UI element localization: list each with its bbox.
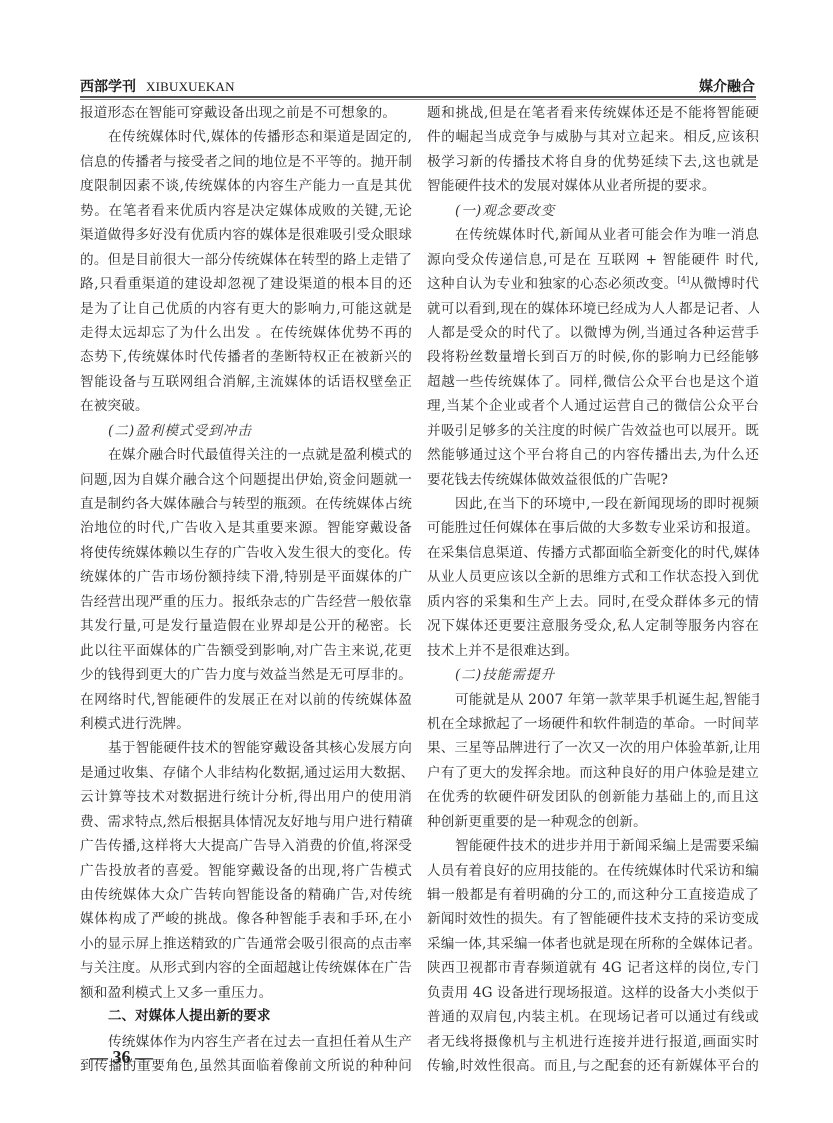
paragraph-first-line: 在媒介融合时代最值得关注的一点就是盈利模式的	[80, 443, 412, 467]
paragraph-first-line: 因此,在当下的环境中,一段在新闻现场的即时视频	[427, 492, 759, 516]
body-text-line: 极学习新的传播技术将自身的优势延续下去,这也就是	[427, 150, 759, 174]
paragraph-last-line: 种创新更重要的是一种观念的创新。	[427, 810, 759, 834]
body-text-line: 的。但是目前很大一部分传统媒体在转型的路上走错了	[80, 248, 412, 272]
body-text-line: 治地位的时代,广告收入是其重要来源。智能穿戴设备	[80, 516, 412, 540]
page-number: — 36 —	[90, 1047, 153, 1068]
body-text-line: 超越一些传统媒体了。同样,微信公众平台也是这个道	[427, 370, 759, 394]
paragraph-last-line: 要花钱去传统媒体做效益很低的广告呢?	[427, 468, 759, 492]
journal-name-cn: 西部学刊	[80, 79, 136, 95]
body-text-line: 件的崛起当成竞争与威胁与其对立起来。相反,应该积	[427, 125, 759, 149]
body-text-line: 是为了让自己优质的内容有更大的影响力,可能这就是	[80, 297, 412, 321]
body-text-line: 理,当某个企业或者个人通过运营自己的微信公众平台	[427, 394, 759, 418]
body-text-line: 负责用 4G 设备进行现场报道。这样的设备大小类似于	[427, 981, 759, 1005]
body-text-line: 将使传统媒体赖以生存的广告收入发生很大的变化。传	[80, 541, 412, 565]
body-text-line: 度限制因素不谈,传统媒体的内容生产能力一直是其优	[80, 174, 412, 198]
body-text-line: 题和挑战,但是在笔者看来传统媒体还是不能将智能硬	[427, 101, 759, 125]
body-text-line: 在采集信息渠道、传播方式都面临全新变化的时代,媒体	[427, 541, 759, 565]
body-text-line: 态势下,传统媒体时代传播者的垄断特权正在被新兴的	[80, 345, 412, 369]
body-text-line: 少的钱得到更大的广告力度与效益当然是无可厚非的。	[80, 663, 412, 687]
body-text-line: 在网络时代,智能硬件的发展正在对以前的传统媒体盈	[80, 688, 412, 712]
body-text-line: 户有了更大的发挥余地。而这种良好的用户体验是建立	[427, 761, 759, 785]
header-rule	[80, 96, 756, 98]
body-text-line: 云计算等技术对数据进行统计分析,得出用户的使用消	[80, 785, 412, 809]
body-text-line: 这种自认为专业和独家的心态必须改变。[4]从微博时代	[427, 272, 759, 296]
paragraph-last-line: 额和盈利模式上又多一重压力。	[80, 981, 412, 1005]
subsection-heading: (二)盈利模式受到冲击	[80, 419, 412, 443]
header-rule-thin	[80, 99, 756, 100]
body-text-line: 智能设备与互联网组合消解,主流媒体的话语权壁垒正	[80, 370, 412, 394]
body-text-line: 就可以看到,现在的媒体环境已经成为人人都是记者、人	[427, 297, 759, 321]
body-text-line: 人员有着良好的应用技能的。在传统媒体时代采访和编	[427, 859, 759, 883]
body-text-line: 采编一体,其采编一体者也就是现在所称的全媒体记者。	[427, 932, 759, 956]
body-text-line: 质内容的采集和生产上去。同时,在受众群体多元的情	[427, 590, 759, 614]
body-text-line: 然能够通过这个平台将自己的内容传播出去,为什么还	[427, 443, 759, 467]
subsection-heading: (一)观念要改变	[427, 199, 759, 223]
right-column: 题和挑战,但是在笔者看来传统媒体还是不能将智能硬件的崛起当成竞争与威胁与其对立起…	[427, 101, 759, 1079]
paragraph-last-line: 利模式进行洗牌。	[80, 712, 412, 736]
paragraph-last-line: 在被突破。	[80, 394, 412, 418]
body-text-line: 走得太远却忘了为什么出发 。在传统媒体优势不再的	[80, 321, 412, 345]
paragraph-last-line: 报道形态在智能可穿戴设备出现之前是不可想象的。	[80, 101, 412, 125]
body-text-line: 告经营出现严重的压力。报纸杂志的广告经营一般依靠	[80, 590, 412, 614]
body-text-line: 果、三星等品牌进行了一次又一次的用户体验革新,让用	[427, 736, 759, 760]
body-text-line: 源向受众传递信息,可是在 互联网 + 智能硬件 时代,	[427, 248, 759, 272]
body-text-line: 普通的双肩包,内装主机。在现场记者可以通过有线或	[427, 1005, 759, 1029]
body-text-line: 媒体构成了严峻的挑战。像各种智能手表和手环,在小	[80, 907, 412, 931]
body-text-line: 直是制约各大媒体融合与转型的瓶颈。在传统媒体占统	[80, 492, 412, 516]
body-text-line: 新闻时效性的损失。有了智能硬件技术支持的采访变成	[427, 907, 759, 931]
section-title: 媒介融合	[699, 76, 755, 96]
body-text-line: 机在全球掀起了一场硬件和软件制造的革命。一时间苹	[427, 712, 759, 736]
body-text-line: 并吸引足够多的关注度的时候广告效益也可以展开。既	[427, 419, 759, 443]
body-text-line: 况下媒体还更要注意服务受众,私人定制等服务内容在	[427, 614, 759, 638]
body-text-line: 可能胜过任何媒体在事后做的大多数专业采访和报道。	[427, 516, 759, 540]
body-text-line: 辑一般都是有着明确的分工的,而这种分工直接造成了	[427, 883, 759, 907]
paragraph-first-line: 智能硬件技术的进步并用于新闻采编上是需要采编	[427, 834, 759, 858]
paragraph-first-line: 基于智能硬件技术的智能穿戴设备其核心发展方向	[80, 736, 412, 760]
body-text-line: 段将粉丝数量增长到百万的时候,你的影响力已经能够	[427, 345, 759, 369]
subsection-heading: (二)技能需提升	[427, 663, 759, 687]
body-text-line: 路,只看重渠道的建设却忽视了建设渠道的根本目的还	[80, 272, 412, 296]
journal-name: 西部学刊XIBUXUEKAN	[80, 76, 235, 96]
body-text-line: 广告传播,这样将大大提高广告导入消费的价值,将深受	[80, 834, 412, 858]
body-text-line: 信息的传播者与接受者之间的地位是不平等的。抛开制	[80, 150, 412, 174]
body-text-line: 人都是受众的时代了。以微博为例,当通过各种运营手	[427, 321, 759, 345]
text-segment: 从微博时代	[689, 276, 759, 292]
body-text-line: 从业人员更应该以全新的思维方式和工作状态投入到优	[427, 565, 759, 589]
paragraph-first-line: 可能就是从 2007 年第一款苹果手机诞生起,智能手	[427, 688, 759, 712]
paragraph-last-line: 技术上并不是很难达到。	[427, 639, 759, 663]
running-header: 西部学刊XIBUXUEKAN 媒介融合	[80, 76, 755, 94]
body-text-line: 此以往平面媒体的广告额受到影响,对广告主来说,花更	[80, 639, 412, 663]
body-text-line: 在优秀的软硬件研发团队的创新能力基础上的,而且这	[427, 785, 759, 809]
body-text-line: 与关注度。从形式到内容的全面超越让传统媒体在广告	[80, 956, 412, 980]
paragraph-first-line: 在传统媒体时代,媒体的传播形态和渠道是固定的,	[80, 125, 412, 149]
body-text-line: 陕西卫视都市青春频道就有 4G 记者这样的岗位,专门	[427, 956, 759, 980]
body-text-line: 者无线将摄像机与主机进行连接并进行报道,画面实时	[427, 1030, 759, 1054]
body-text-line: 广告投放者的喜爱。智能穿戴设备的出现,将广告模式	[80, 859, 412, 883]
body-text-line: 问题,因为自媒介融合这个问题提出伊始,资金问题就一	[80, 468, 412, 492]
paragraph-last-line: 智能硬件技术的发展对媒体从业者所提的要求。	[427, 174, 759, 198]
body-text-line: 费、需求特点,然后根据具体情况友好地与用户进行精确	[80, 810, 412, 834]
journal-name-latin: XIBUXUEKAN	[146, 79, 235, 94]
body-text-line: 统媒体的广告市场份额持续下滑,特别是平面媒体的广	[80, 565, 412, 589]
body-text-line: 是通过收集、存储个人非结构化数据,通过运用大数据、	[80, 761, 412, 785]
left-column: 报道形态在智能可穿戴设备出现之前是不可想象的。在传统媒体时代,媒体的传播形态和渠…	[80, 101, 412, 1079]
paragraph-first-line: 在传统媒体时代,新闻从业者可能会作为唯一消息	[427, 223, 759, 247]
section-heading: 二、对媒体人提出新的要求	[80, 1005, 412, 1029]
body-text-line: 由传统媒体大众广告转向智能设备的精确广告,对传统	[80, 883, 412, 907]
body-text-line: 势。在笔者看来优质内容是决定媒体成败的关键,无论	[80, 199, 412, 223]
body-text-line: 传输,时效性很高。而且,与之配套的还有新媒体平台的	[427, 1054, 759, 1078]
citation-reference[interactable]: [4]	[678, 276, 690, 285]
body-text-line: 小的显示屏上推送精致的广告通常会吸引很高的点击率	[80, 932, 412, 956]
text-segment: 这种自认为专业和独家的心态必须改变。	[427, 276, 678, 292]
body-text-line: 渠道做得多好没有优质内容的媒体是很难吸引受众眼球	[80, 223, 412, 247]
body-text-line: 其发行量,可是发行量造假在业界却是公开的秘密。长	[80, 614, 412, 638]
